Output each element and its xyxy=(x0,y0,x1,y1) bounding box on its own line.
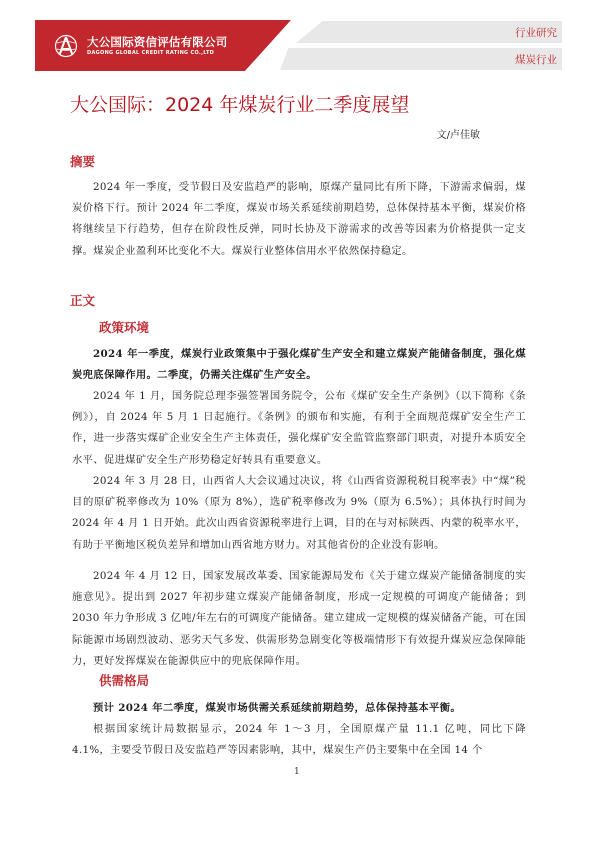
category-label: 行业研究 xyxy=(515,25,557,40)
policy-heading: 政策环境 xyxy=(99,318,149,336)
supply-demand-summary: 预计 2024 年二季度，煤炭市场供需关系延续前期趋势，总体保持基本平衡。 xyxy=(72,698,526,719)
policy-paragraph-3: 2024 年 4 月 12 日，国家发展改革委、国家能源局发布《关于建立煤炭产能… xyxy=(72,566,526,672)
supply-demand-heading: 供需格局 xyxy=(99,671,149,689)
dagong-logo-icon xyxy=(54,34,78,58)
subcategory-label: 煤炭行业 xyxy=(515,52,557,67)
author: 文/卢佳敏 xyxy=(437,126,480,141)
supply-demand-paragraph-1: 根据国家统计局数据显示，2024 年 1～3 月，全国原煤产量 11.1 亿吨，… xyxy=(72,719,526,761)
abstract-text: 2024 年一季度，受节假日及安监趋严的影响，原煤产量同比有所下降，下游需求偏弱… xyxy=(72,177,526,262)
abstract-heading: 摘要 xyxy=(70,152,95,170)
policy-paragraph-1: 2024 年 1 月，国务院总理李强签署国务院令，公布《煤矿安全生产条例》（以下… xyxy=(72,386,526,471)
body-heading: 正文 xyxy=(70,291,95,309)
company-name-cn: 大公国际资信评估有限公司 xyxy=(87,34,227,50)
company-name-en: DAGONG GLOBAL CREDIT RATING CO.,LTD xyxy=(87,50,214,56)
page-title: 大公国际：2024 年煤炭行业二季度展望 xyxy=(70,90,409,117)
policy-paragraph-2: 2024 年 3 月 28 日，山西省人大会议通过决议，将《山西省资源税税目税率… xyxy=(72,471,526,556)
policy-summary: 2024 年一季度，煤炭行业政策集中于强化煤矿生产安全和建立煤炭产能储备制度，强… xyxy=(72,344,526,386)
page-number: 1 xyxy=(294,767,300,777)
